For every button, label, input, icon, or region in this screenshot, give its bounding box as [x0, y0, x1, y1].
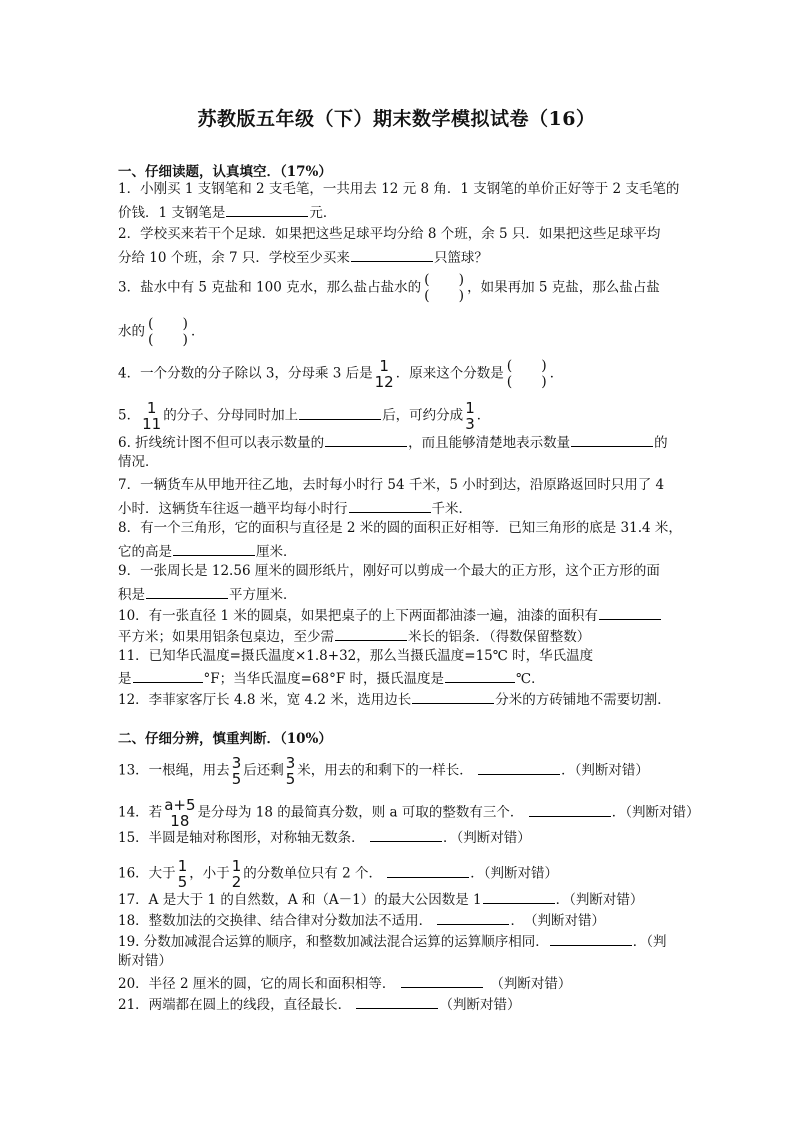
q13-judge-label: ．（判断对错）	[561, 763, 649, 779]
q17-answer-blank[interactable]	[483, 889, 555, 904]
q16-answer-blank[interactable]	[387, 863, 469, 878]
q20-line: 20．半径 2 厘米的圆，它的周长和面积相等． （判断对错）	[118, 973, 571, 993]
q19-line-1: 19. 分数加减混合运算的顺序，和整数加减法混合运算的运算顺序相同．．（判	[118, 931, 667, 951]
q15-text: 15．半圆是轴对称图形，对称轴无数条．	[118, 830, 365, 846]
q12-answer-blank[interactable]	[412, 689, 494, 704]
q14-line: 14．若a+518是分母为 18 的最简真分数，则 a 可取的整数有三个． ．（…	[118, 797, 699, 829]
q21-judge-label: （判断对错）	[439, 997, 520, 1013]
q4-fraction: 112	[375, 358, 394, 390]
q5-number: 5．	[118, 408, 140, 424]
q18-judge-label: ． （判断对错）	[510, 913, 605, 929]
q1-unit: 元．	[309, 205, 336, 221]
q3-fraction-blank-1[interactable]: ( )( )	[424, 272, 464, 304]
q14-text-2: 是分母为 18 的最简真分数，则 a 可取的整数有三个．	[198, 805, 524, 821]
q18-answer-blank[interactable]	[437, 910, 509, 925]
q15-line: 15．半圆是轴对称图形，对称轴无数条． ．（判断对错）	[118, 827, 531, 847]
q13-text-2: 后还剩	[243, 763, 284, 779]
q5-text-2: 后，可约分成	[382, 408, 463, 424]
q15-judge-label: ．（判断对错）	[443, 830, 531, 846]
q1-line-1: 1．小刚买 1 支钢笔和 2 支毛笔，一共用去 12 元 8 角．1 支钢笔的单…	[118, 180, 679, 198]
q11-answer-blank-2[interactable]	[445, 668, 515, 683]
q3-period: ．	[191, 324, 205, 340]
q3-line-2: 水的( )( )．	[118, 316, 205, 348]
q2-line-2: 分给 10 个班，余 7 只．学校至少买来只篮球？	[118, 247, 488, 267]
q7-answer-blank[interactable]	[349, 498, 431, 513]
q5-answer-blank[interactable]	[299, 405, 381, 420]
q5-text: 的分子、分母同时加上	[163, 408, 298, 424]
q2-line-1: 2．学校买来若干个足球．如果把这些足球平均分给 8 个班，余 5 只．如果把这些…	[118, 225, 660, 243]
q10-text: 10．有一张直径 1 米的圆桌，如果把桌子的上下两面都油漆一遍，油漆的面积有	[118, 608, 598, 624]
q16-text: 16．大于	[118, 866, 176, 882]
q17-line: 17．A 是大于 1 的自然数，A 和（A－1）的最大公因数是 1．（判断对错）	[118, 889, 643, 909]
q14-fraction: a+518	[164, 797, 195, 829]
q8-answer-blank[interactable]	[173, 541, 255, 556]
q3-text-2: ，如果再加 5 克盐，那么盐占盐	[467, 280, 660, 296]
q8-unit: 厘米．	[256, 544, 297, 560]
q2-answer-blank[interactable]	[351, 247, 433, 262]
q16-line: 16．大于15，小于12的分数单位只有 2 个． ．（判断对错）	[118, 858, 558, 890]
q3-text-3: 水的	[118, 324, 145, 340]
q14-text: 14．若	[118, 805, 162, 821]
q4-period: ．	[550, 366, 564, 382]
q18-text: 18．整数加法的交换律、结合律对分数加法不适用．	[118, 913, 432, 929]
q12-text-2: 分米的方砖铺地不需要切割．	[495, 692, 671, 708]
q19-judge-label: ．（判	[633, 934, 667, 950]
q13-fraction-2: 35	[286, 755, 296, 787]
q2-text: 分给 10 个班，余 7 只．学校至少买来	[118, 250, 350, 266]
q3-line-1: 3．盐水中有 5 克盐和 100 克水，那么盐占盐水的( )( )，如果再加 5…	[118, 272, 660, 304]
q1-line-2: 价钱．1 支钢笔是元．	[118, 202, 336, 222]
q5-line: 5．111的分子、分母同时加上后，可约分成13．	[118, 400, 490, 432]
q6-line-2: 情况．	[118, 453, 159, 471]
q15-answer-blank[interactable]	[370, 827, 442, 842]
q12-line: 12．李菲家客厅长 4.8 米，宽 4.2 米，选用边长分米的方砖铺地不需要切割…	[118, 689, 671, 709]
q4-text: 4．一个分数的分子除以 3，分母乘 3 后是	[118, 366, 373, 382]
q3-fraction-blank-2[interactable]: ( )( )	[148, 316, 188, 348]
q11-text-2: °F；当华氏温度=68°F 时，摄氏温度是	[204, 671, 445, 687]
q7-line-2: 小时．这辆货车往返一趟平均每小时行千米．	[118, 498, 472, 518]
q1-text: 价钱．1 支钢笔是	[118, 205, 225, 221]
q16-fraction-1: 15	[178, 858, 188, 890]
q14-judge-label: ．（判断对错）	[612, 805, 700, 821]
q10-line-1: 10．有一张直径 1 米的圆桌，如果把桌子的上下两面都油漆一遍，油漆的面积有	[118, 605, 662, 625]
exam-page: 苏教版五年级（下）期末数学模拟试卷（16） 一、仔细读题，认真填空．（17%） …	[0, 0, 793, 1122]
q18-line: 18．整数加法的交换律、结合律对分数加法不适用． ． （判断对错）	[118, 910, 605, 930]
q6-line-1: 6. 折线统计图不但可以表示数量的，而且能够清楚地表示数量的	[118, 432, 668, 452]
q20-text: 20．半径 2 厘米的圆，它的周长和面积相等．	[118, 976, 395, 992]
q21-answer-blank[interactable]	[356, 994, 438, 1009]
q3-text: 3．盐水中有 5 克盐和 100 克水，那么盐占盐水的	[118, 280, 421, 296]
q19-text: 19. 分数加减混合运算的顺序，和整数加减法混合运算的运算顺序相同．	[118, 934, 549, 950]
q6-text: 6. 折线统计图不但可以表示数量的	[118, 435, 324, 451]
page-title: 苏教版五年级（下）期末数学模拟试卷（16）	[0, 104, 793, 131]
q13-text-3: 米，用去的和剩下的一样长．	[297, 763, 473, 779]
q9-unit: 平方厘米．	[229, 587, 297, 603]
q19-line-2: 断对错）	[118, 952, 172, 970]
q11-answer-blank-1[interactable]	[133, 668, 203, 683]
q4-line: 4．一个分数的分子除以 3，分母乘 3 后是112．原来这个分数是( )( )．	[118, 358, 563, 390]
q5-fraction-1: 111	[142, 400, 161, 432]
q17-judge-label: ．（判断对错）	[556, 892, 644, 908]
q19-answer-blank[interactable]	[550, 931, 632, 946]
q9-answer-blank[interactable]	[146, 584, 228, 599]
q17-text: 17．A 是大于 1 的自然数，A 和（A－1）的最大公因数是 1	[118, 892, 482, 908]
q21-line: 21．两端都在圆上的线段，直径最长． （判断对错）	[118, 994, 520, 1014]
q8-line-2: 它的高是厘米．	[118, 541, 297, 561]
q8-text: 它的高是	[118, 544, 172, 560]
q6-answer-blank-2[interactable]	[571, 432, 653, 447]
q10-answer-blank-1[interactable]	[599, 605, 661, 620]
q1-answer-blank[interactable]	[226, 202, 308, 217]
q16-text-3: 的分数单位只有 2 个．	[243, 866, 382, 882]
q11-text: 是	[118, 671, 132, 687]
q7-line-1: 7．一辆货车从甲地开往乙地，去时每小时行 54 千米，5 小时到达，沿原路返回时…	[118, 476, 664, 494]
q9-line-1: 9．一张周长是 12.56 厘米的圆形纸片，刚好可以剪成一个最大的正方形，这个正…	[118, 562, 660, 580]
q13-answer-blank[interactable]	[478, 760, 560, 775]
q16-text-2: ，小于	[189, 866, 230, 882]
q6-text-2: ，而且能够清楚地表示数量	[408, 435, 570, 451]
q12-text: 12．李菲家客厅长 4.8 米，宽 4.2 米，选用边长	[118, 692, 411, 708]
q4-text-2: ．原来这个分数是	[396, 366, 504, 382]
q9-text: 积是	[118, 587, 145, 603]
q4-fraction-blank[interactable]: ( )( )	[507, 358, 547, 390]
q11-line-2: 是°F；当华氏温度=68°F 时，摄氏温度是℃．	[118, 668, 545, 688]
q13-line: 13．一根绳，用去35后还剩35米，用去的和剩下的一样长． ．（判断对错）	[118, 755, 649, 787]
q14-answer-blank[interactable]	[529, 802, 611, 817]
section-1-heading: 一、仔细读题，认真填空．（17%）	[118, 160, 332, 180]
q20-answer-blank[interactable]	[401, 973, 483, 988]
q2-unit: 只篮球？	[434, 250, 488, 266]
q6-text-3: 的	[654, 435, 668, 451]
q5-period: ．	[477, 408, 491, 424]
q16-fraction-2: 12	[232, 858, 242, 890]
q20-judge-label: （判断对错）	[484, 976, 572, 992]
section-2-heading: 二、仔细分辨，慎重判断．（10%）	[118, 727, 332, 747]
q10-text-3: 米长的铝条．（得数保留整数）	[408, 629, 590, 645]
q11-line-1: 11．已知华氏温度=摄氏温度×1.8+32，那么当摄氏温度=15℃ 时，华氏温度	[118, 647, 593, 665]
q10-text-2: 平方米；如果用铝条包桌边，至少需	[118, 629, 334, 645]
q13-text: 13．一根绳，用去	[118, 763, 230, 779]
q9-line-2: 积是平方厘米．	[118, 584, 297, 604]
q10-answer-blank-2[interactable]	[335, 626, 407, 641]
q7-unit: 千米．	[432, 501, 473, 517]
q16-judge-label: ．（判断对错）	[470, 866, 558, 882]
q7-text: 小时．这辆货车往返一趟平均每小时行	[118, 501, 348, 517]
q8-line-1: 8．有一个三角形，它的面积与直径是 2 米的圆的面积正好相等．已知三角形的底是 …	[118, 519, 682, 537]
q6-answer-blank-1[interactable]	[325, 432, 407, 447]
q10-line-2: 平方米；如果用铝条包桌边，至少需米长的铝条．（得数保留整数）	[118, 626, 590, 646]
q21-text: 21．两端都在圆上的线段，直径最长．	[118, 997, 351, 1013]
q13-fraction-1: 35	[232, 755, 242, 787]
q11-unit: ℃．	[516, 671, 545, 687]
q5-fraction-2: 13	[465, 400, 475, 432]
